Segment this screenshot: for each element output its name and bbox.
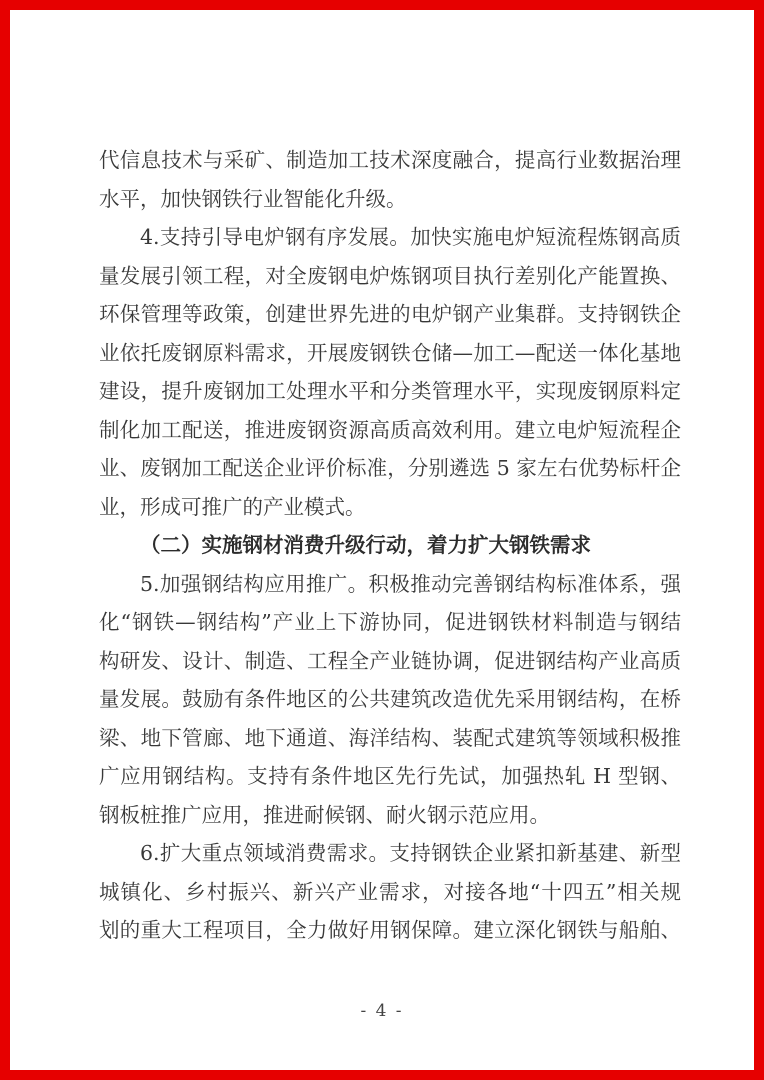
text-line: 城镇化、乡村振兴、新兴产业需求，对接各地“十四五”相关规	[99, 873, 681, 912]
text-line: 量发展。鼓励有条件地区的公共建筑改造优先采用钢结构，在桥	[99, 680, 681, 719]
text-line: 化“钢铁—钢结构”产业上下游协同，促进钢铁材料制造与钢结	[99, 603, 681, 642]
text-line: 量发展引领工程，对全废钢电炉炼钢项目执行差别化产能置换、	[99, 257, 681, 296]
document-body: 代信息技术与采矿、制造加工技术深度融合，提高行业数据治理水平，加快钢铁行业智能化…	[99, 141, 681, 950]
text-line: 业、废钢加工配送企业评价标准，分别遴选 5 家左右优势标杆企	[99, 449, 681, 488]
text-line: 广应用钢结构。支持有条件地区先行先试，加强热轧 H 型钢、	[99, 757, 681, 796]
text-line: 建设，提升废钢加工处理水平和分类管理水平，实现废钢原料定	[99, 372, 681, 411]
text-line: 制化加工配送，推进废钢资源高质高效利用。建立电炉短流程企	[99, 411, 681, 450]
text-line: 构研发、设计、制造、工程全产业链协调，促进钢结构产业高质	[99, 642, 681, 681]
text-line: 划的重大工程项目，全力做好用钢保障。建立深化钢铁与船舶、	[99, 911, 681, 950]
text-line: 5.加强钢结构应用推广。积极推动完善钢结构标准体系，强	[99, 565, 681, 604]
text-line: 钢板桩推广应用，推进耐候钢、耐火钢示范应用。	[99, 796, 681, 835]
text-line: 水平，加快钢铁行业智能化升级。	[99, 180, 681, 219]
page-number: - 4 -	[10, 999, 754, 1023]
text-line: 代信息技术与采矿、制造加工技术深度融合，提高行业数据治理	[99, 141, 681, 180]
text-line: 业依托废钢原料需求，开展废钢铁仓储—加工—配送一体化基地	[99, 334, 681, 373]
text-line: 梁、地下管廊、地下通道、海洋结构、装配式建筑等领域积极推	[99, 719, 681, 758]
text-line: 6.扩大重点领域消费需求。支持钢铁企业紧扣新基建、新型	[99, 834, 681, 873]
section-heading: （二）实施钢材消费升级行动，着力扩大钢铁需求	[99, 526, 681, 565]
text-line: 环保管理等政策，创建世界先进的电炉钢产业集群。支持钢铁企	[99, 295, 681, 334]
text-line: 4.支持引导电炉钢有序发展。加快实施电炉短流程炼钢高质	[99, 218, 681, 257]
document-page: 代信息技术与采矿、制造加工技术深度融合，提高行业数据治理水平，加快钢铁行业智能化…	[0, 0, 764, 1080]
text-line: 业，形成可推广的产业模式。	[99, 488, 681, 527]
